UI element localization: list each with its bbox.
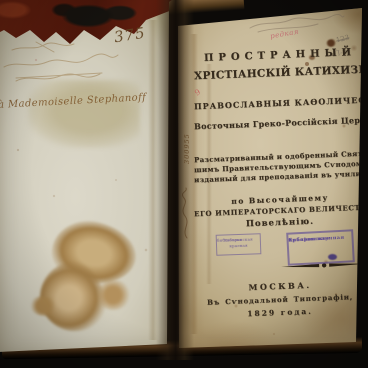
library-stamp-left: Хабаровская краевая библіотека	[216, 233, 262, 256]
title-page: редкая 123 П-8 9 300955 ПРОСТРАННЫЙ ХРІС…	[174, 4, 366, 354]
printed-text-block: ПРОСТРАННЫЙ ХРІСТІАНСКІЙ КАТИХИЗИСЪ, ПРА…	[194, 4, 366, 354]
gutter-shadow	[156, 0, 194, 360]
stamp-ink-blot	[328, 254, 337, 260]
stamp-text-line: библіотека	[288, 235, 325, 245]
book-photo: 375 à Mademoiselle Stephanoff редкая 123…	[0, 0, 368, 368]
library-stamp-right: Хабаровская краевая научная библіотека	[286, 229, 355, 265]
left-flyleaf-page: 375 à Mademoiselle Stephanoff	[0, 0, 172, 358]
faded-handwriting	[2, 40, 124, 90]
title-line-4: Восточныя Греко-Россійскія Церкви,	[194, 115, 366, 132]
title-line-2: ХРІСТІАНСКІЙ КАТИХИЗИСЪ,	[194, 64, 366, 83]
title-line-3: ПРАВОСЛАВНЫЯ КАѲОЛИЧЕСКІЯ	[194, 95, 366, 112]
imprint-year: 1829 года.	[194, 305, 366, 321]
stamp-text-line: библіотека	[217, 237, 242, 244]
title-line-1: ПРОСТРАННЫЙ	[194, 47, 366, 65]
